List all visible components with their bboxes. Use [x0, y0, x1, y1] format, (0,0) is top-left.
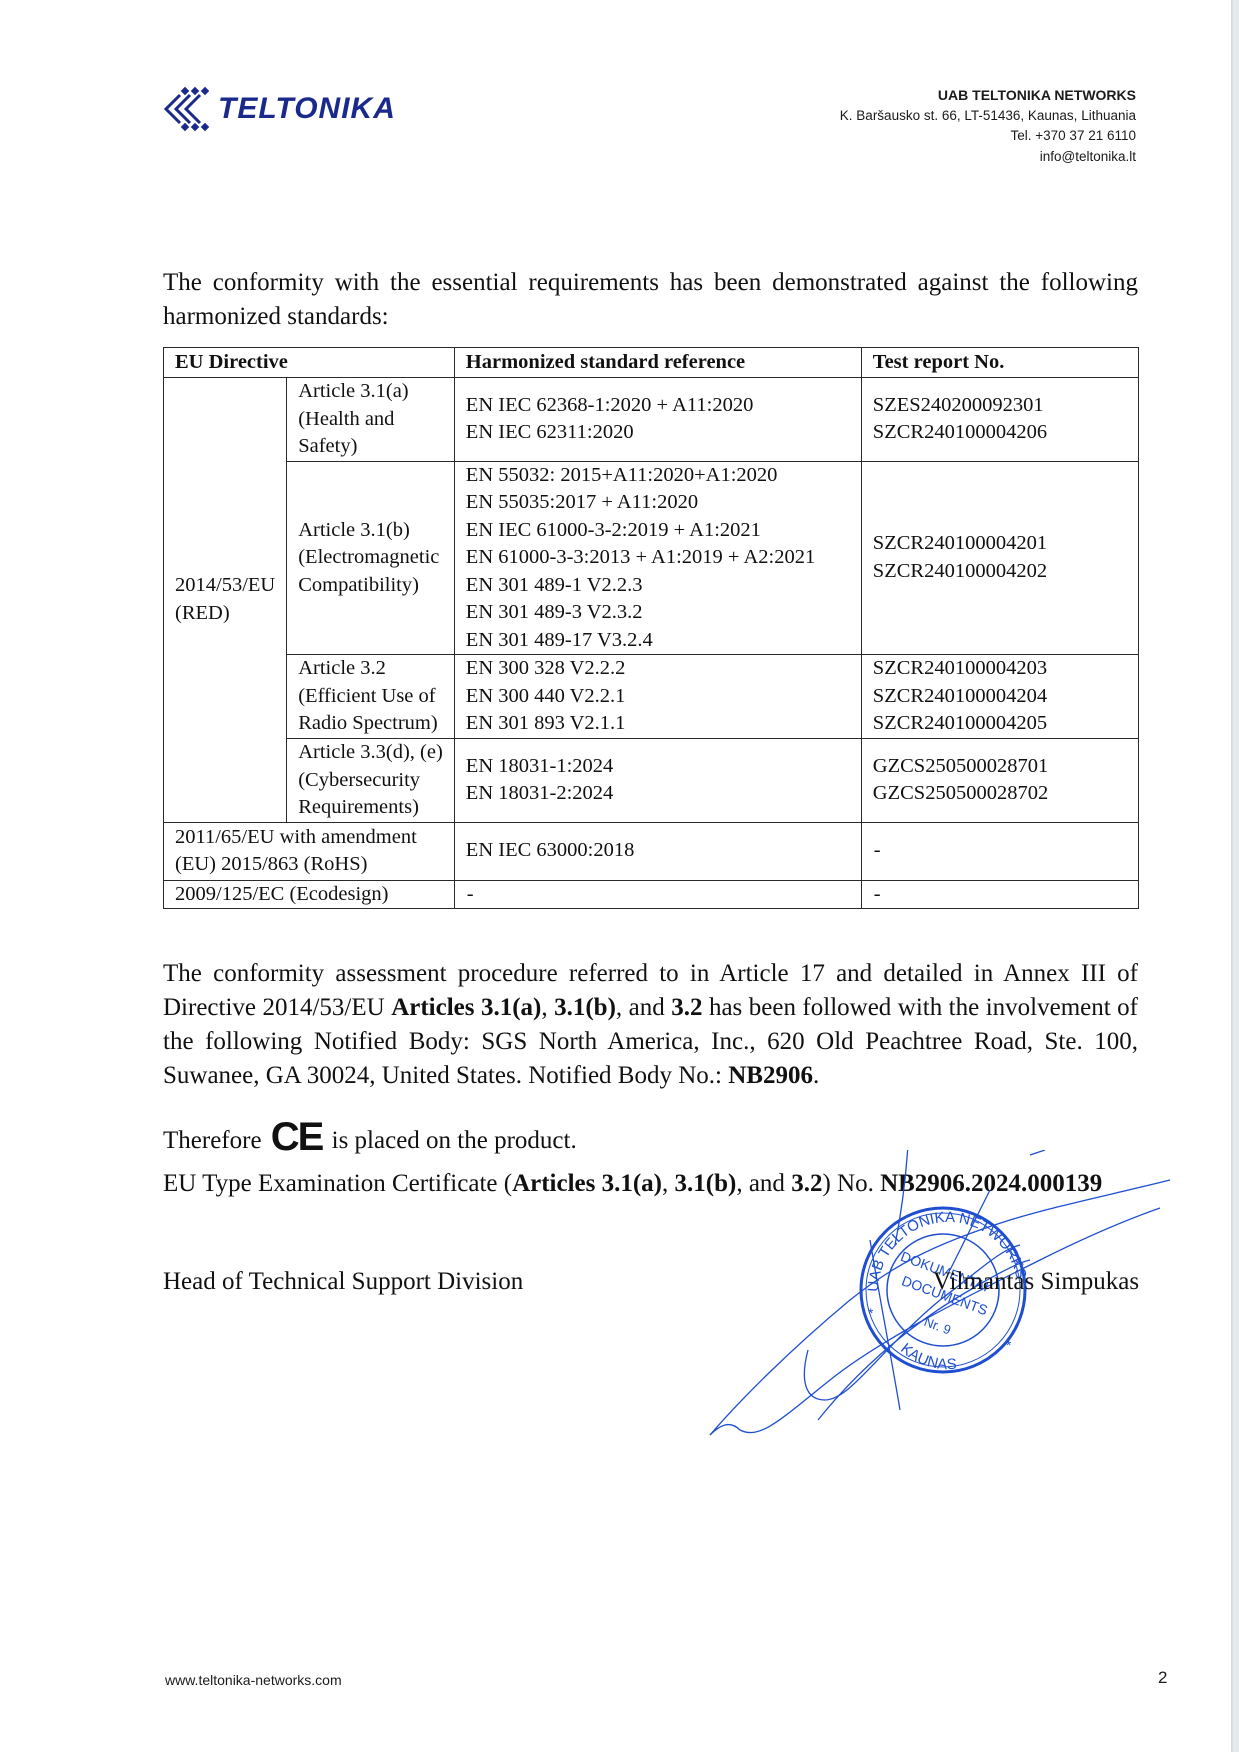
report-cell-line: GZCS250500028702	[873, 780, 1127, 808]
svg-text:KAUNAS: KAUNAS	[897, 1340, 957, 1373]
certificate-text: ,	[662, 1170, 675, 1197]
standards-cell: EN IEC 63000:2018	[454, 822, 861, 880]
standards-cell-line: EN 301 893 V2.1.1	[466, 710, 850, 738]
report-cell-line: SZCR240100004202	[873, 558, 1127, 586]
table-row: 2014/53/EU(RED)Article 3.1(a)(Health and…	[164, 378, 1139, 462]
report-cell-line: GZCS250500028701	[873, 753, 1127, 781]
report-cell: SZCR240100004201SZCR240100004202	[861, 461, 1138, 655]
standards-cell-line: EN 300 328 V2.2.2	[466, 655, 850, 683]
company-phone: Tel. +370 37 21 6110	[840, 126, 1136, 147]
ce-mark-icon: CE	[271, 1122, 323, 1152]
certificate-bold: Articles 3.1(a)	[512, 1170, 662, 1197]
article-cell: Article 3.3(d), (e)(CybersecurityRequire…	[287, 739, 455, 823]
logo-text: TELTONIKA	[218, 92, 396, 126]
directive-cell: 2009/125/EC (Ecodesign)	[164, 880, 455, 909]
logo-diamonds-icon	[162, 86, 214, 132]
standards-cell-line: EN IEC 62368-1:2020 + A11:2020	[466, 392, 850, 420]
article-cell-line: (Cybersecurity	[298, 767, 443, 795]
standards-cell-line: EN 301 489-17 V3.2.4	[466, 627, 850, 655]
svg-text:*: *	[868, 1305, 874, 1321]
article-cell: Article 3.1(a)(Health andSafety)	[287, 378, 455, 462]
assessment-bold-article: 3.2	[671, 994, 702, 1021]
standards-cell-line: EN 301 489-3 V2.3.2	[466, 599, 850, 627]
company-email[interactable]: info@teltonika.lt	[840, 147, 1136, 168]
standards-cell-line: EN IEC 63000:2018	[466, 837, 850, 865]
report-cell: GZCS250500028701GZCS250500028702	[861, 739, 1138, 823]
table-row: Article 3.2(Efficient Use ofRadio Spectr…	[164, 655, 1139, 739]
article-cell-line: Article 3.2	[298, 655, 443, 683]
company-info: UAB TELTONIKA NETWORKS K. Baršausko st. …	[840, 85, 1136, 167]
standards-cell-line: EN IEC 61000-3-2:2019 + A1:2021	[466, 517, 850, 545]
report-cell-line: SZES240200092301	[873, 392, 1127, 420]
directive-cell-line: 2009/125/EC (Ecodesign)	[175, 881, 443, 909]
report-cell-line: SZCR240100004206	[873, 419, 1127, 447]
standards-cell-line: EN 18031-1:2024	[466, 753, 850, 781]
article-cell-line: Article 3.1(b)	[298, 517, 443, 545]
standards-cell: EN IEC 62368-1:2020 + A11:2020EN IEC 623…	[454, 378, 861, 462]
teltonika-logo: TELTONIKA	[162, 86, 396, 132]
standards-table: EU Directive Harmonized standard referen…	[163, 347, 1139, 909]
directive-cell-line: 2011/65/EU with amendment	[175, 824, 443, 852]
header-test-report: Test report No.	[861, 348, 1138, 378]
standards-cell-line: EN 61000-3-3:2013 + A1:2019 + A2:2021	[466, 544, 850, 572]
standards-cell: EN 300 328 V2.2.2EN 300 440 V2.2.1EN 301…	[454, 655, 861, 739]
report-cell: -	[861, 880, 1138, 909]
standards-cell-line: EN 301 489-1 V2.2.3	[466, 572, 850, 600]
assessment-text: ,	[541, 994, 554, 1021]
assessment-bold-articles: Articles 3.1(a)	[391, 994, 541, 1021]
intro-paragraph: The conformity with the essential requir…	[163, 266, 1138, 334]
standards-cell: EN 55032: 2015+A11:2020+A1:2020EN 55035:…	[454, 461, 861, 655]
standards-cell-line: -	[467, 881, 850, 909]
report-cell: SZES240200092301SZCR240100004206	[861, 378, 1138, 462]
article-cell-line: Safety)	[298, 433, 443, 461]
article-cell-line: Article 3.3(d), (e)	[298, 739, 443, 767]
table-row: 2011/65/EU with amendment(EU) 2015/863 (…	[164, 822, 1139, 880]
signer-name: Vilmantas Simpukas	[933, 1265, 1139, 1299]
article-cell-line: (Health and	[298, 406, 443, 434]
standards-cell-line: EN 300 440 V2.2.1	[466, 683, 850, 711]
company-stamp-and-signature: UAB TELTONIKA NETWORKS KAUNAS DOKUMENTAI…	[700, 1150, 1180, 1460]
assessment-bold-article: 3.1(b)	[554, 994, 616, 1021]
directive-cell-line: (RED)	[175, 600, 275, 628]
signer-role: Head of Technical Support Division	[163, 1265, 523, 1299]
assessment-text: , and	[616, 994, 671, 1021]
report-cell-line: SZCR240100004201	[873, 530, 1127, 558]
notified-body-number: NB2906	[728, 1062, 813, 1089]
assessment-paragraph: The conformity assessment procedure refe…	[163, 957, 1138, 1093]
company-address: K. Baršausko st. 66, LT-51436, Kaunas, L…	[840, 106, 1136, 127]
article-cell-line: Radio Spectrum)	[298, 710, 443, 738]
header-eu-directive: EU Directive	[164, 348, 455, 378]
directive-cell: 2014/53/EU(RED)	[164, 378, 287, 823]
report-cell-line: -	[874, 837, 1127, 865]
article-cell-line: Article 3.1(a)	[298, 378, 443, 406]
report-cell: SZCR240100004203SZCR240100004204SZCR2401…	[861, 655, 1138, 739]
article-cell-line: (Electromagnetic	[298, 544, 443, 572]
ce-statement-text: Therefore	[163, 1127, 262, 1154]
report-cell: -	[861, 822, 1138, 880]
scan-edge	[1231, 0, 1239, 1752]
certificate-text: EU Type Examination Certificate (	[163, 1170, 512, 1197]
report-cell-line: SZCR240100004203	[873, 655, 1127, 683]
header-harmonized-standard: Harmonized standard reference	[454, 348, 861, 378]
article-cell-line: (Efficient Use of	[298, 683, 443, 711]
standards-cell-line: EN 55035:2017 + A11:2020	[466, 489, 850, 517]
standards-cell: -	[454, 880, 861, 909]
article-cell: Article 3.2(Efficient Use ofRadio Spectr…	[287, 655, 455, 739]
report-cell-line: -	[874, 881, 1127, 909]
standards-cell-line: EN 18031-2:2024	[466, 780, 850, 808]
report-cell-line: SZCR240100004205	[873, 710, 1127, 738]
directive-cell-line: 2014/53/EU	[175, 572, 275, 600]
directive-cell: 2011/65/EU with amendment(EU) 2015/863 (…	[164, 822, 455, 880]
report-cell-line: SZCR240100004204	[873, 683, 1127, 711]
table-body: 2014/53/EU(RED)Article 3.1(a)(Health and…	[164, 378, 1139, 909]
article-cell: Article 3.1(b)(ElectromagneticCompatibil…	[287, 461, 455, 655]
standards-cell-line: EN IEC 62311:2020	[466, 419, 850, 447]
company-name: UAB TELTONIKA NETWORKS	[840, 85, 1136, 106]
svg-text:*: *	[1006, 1337, 1012, 1353]
table-row: 2009/125/EC (Ecodesign)--	[164, 880, 1139, 909]
table-row: Article 3.3(d), (e)(CybersecurityRequire…	[164, 739, 1139, 823]
table-row: Article 3.1(b)(ElectromagneticCompatibil…	[164, 461, 1139, 655]
ce-statement-text: is placed on the product.	[332, 1127, 577, 1154]
directive-cell-line: (EU) 2015/863 (RoHS)	[175, 851, 443, 879]
ce-statement: Therefore CE is placed on the product.	[163, 1122, 577, 1158]
article-cell-line: Requirements)	[298, 794, 443, 822]
assessment-text: .	[813, 1062, 819, 1089]
table-header-row: EU Directive Harmonized standard referen…	[164, 348, 1139, 378]
article-cell-line: Compatibility)	[298, 572, 443, 600]
footer-website-link[interactable]: www.teltonika-networks.com	[165, 1672, 342, 1688]
standards-cell-line: EN 55032: 2015+A11:2020+A1:2020	[466, 462, 850, 490]
page-number: 2	[1158, 1668, 1167, 1688]
standards-cell: EN 18031-1:2024EN 18031-2:2024	[454, 739, 861, 823]
